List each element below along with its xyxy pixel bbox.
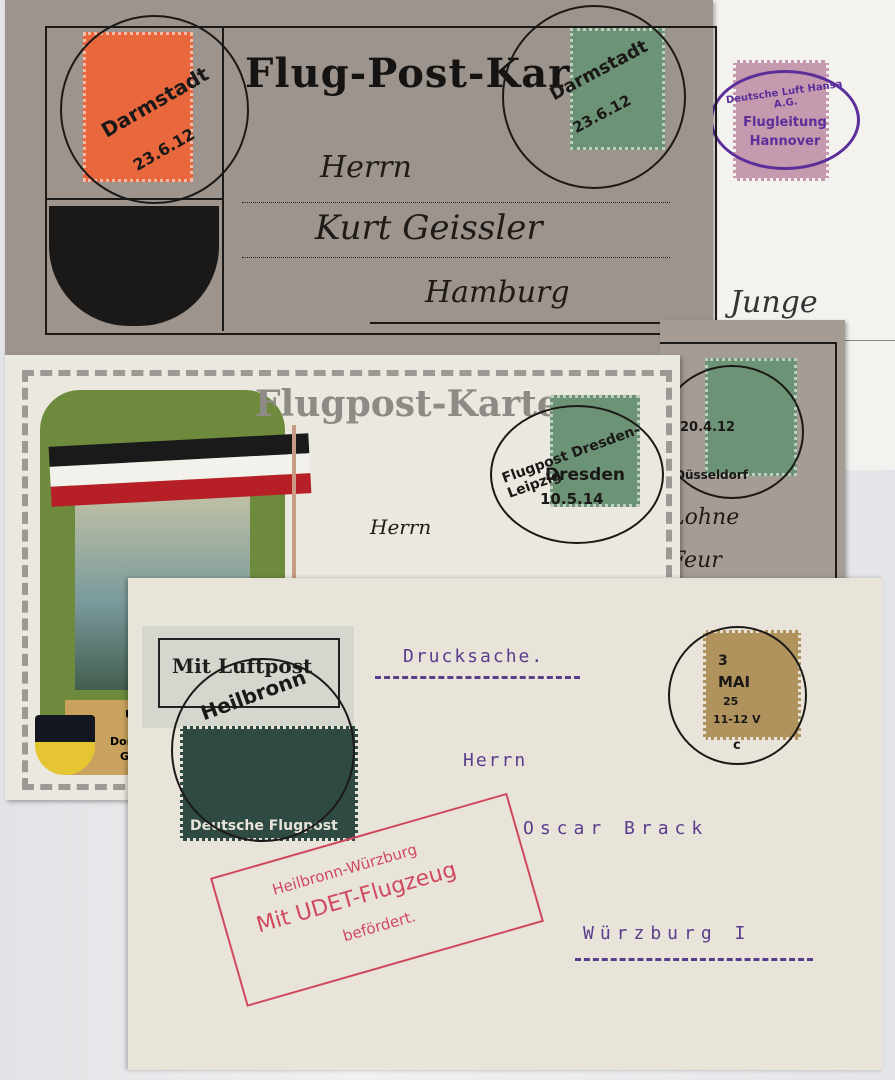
postmark-city: Dresden: [545, 465, 625, 485]
typed-underline: [575, 958, 813, 961]
typed-name: Oscar Brack: [523, 818, 708, 839]
cachet-line2: Flugleitung: [713, 115, 857, 130]
postmark-date: 20.4.12: [680, 420, 735, 435]
postmark-date: 10.5.14: [540, 490, 604, 508]
postmark-time: 11-12 V: [713, 713, 761, 726]
saxony-shield-icon: [35, 715, 95, 775]
recipient-city: Hamburg: [425, 275, 570, 310]
handwriting-1: Lohne: [670, 505, 739, 530]
recipient-salutation: Herrn: [320, 150, 412, 185]
postmark-day: 3: [718, 653, 728, 669]
address-underline: [370, 322, 670, 324]
typed-city: Würzburg I: [583, 923, 751, 944]
card-title: Flugpost-Karte: [255, 383, 560, 425]
card-duesseldorf: 20.4.12 Düsseldorf Lohne Feur: [660, 320, 845, 580]
address-line: [242, 202, 670, 203]
oval-cachet: Deutsche Luft Hansa A.G. Flugleitung Han…: [710, 70, 860, 170]
handwriting: Junge: [730, 285, 818, 320]
address-line: [242, 257, 670, 258]
envelope-heilbronn: Mit Luftpost Deutsche Flugpost Heilbronn…: [128, 578, 883, 1070]
typed-underline: [375, 676, 580, 679]
postmark-month: MAI: [718, 673, 750, 691]
salutation: Herrn: [370, 515, 431, 539]
cachet-line1: Deutsche Luft Hansa A.G.: [712, 77, 858, 119]
postmark-darmstadt-right: [502, 5, 686, 189]
cachet-line3: Hannover: [713, 134, 857, 149]
postmark-code: c: [733, 738, 741, 753]
postmark-city: Düsseldorf: [675, 468, 748, 482]
card-darmstadt: Darmstadt 23.6.12 Flug-Post-Karte Darmst…: [5, 0, 713, 360]
recipient-name: Kurt Geissler: [315, 208, 543, 248]
postmark-year: 25: [723, 695, 738, 708]
typed-salutation: Herrn: [463, 750, 527, 771]
typed-drucksache: Drucksache.: [403, 646, 544, 667]
cachet-line3: befördert.: [341, 907, 418, 945]
